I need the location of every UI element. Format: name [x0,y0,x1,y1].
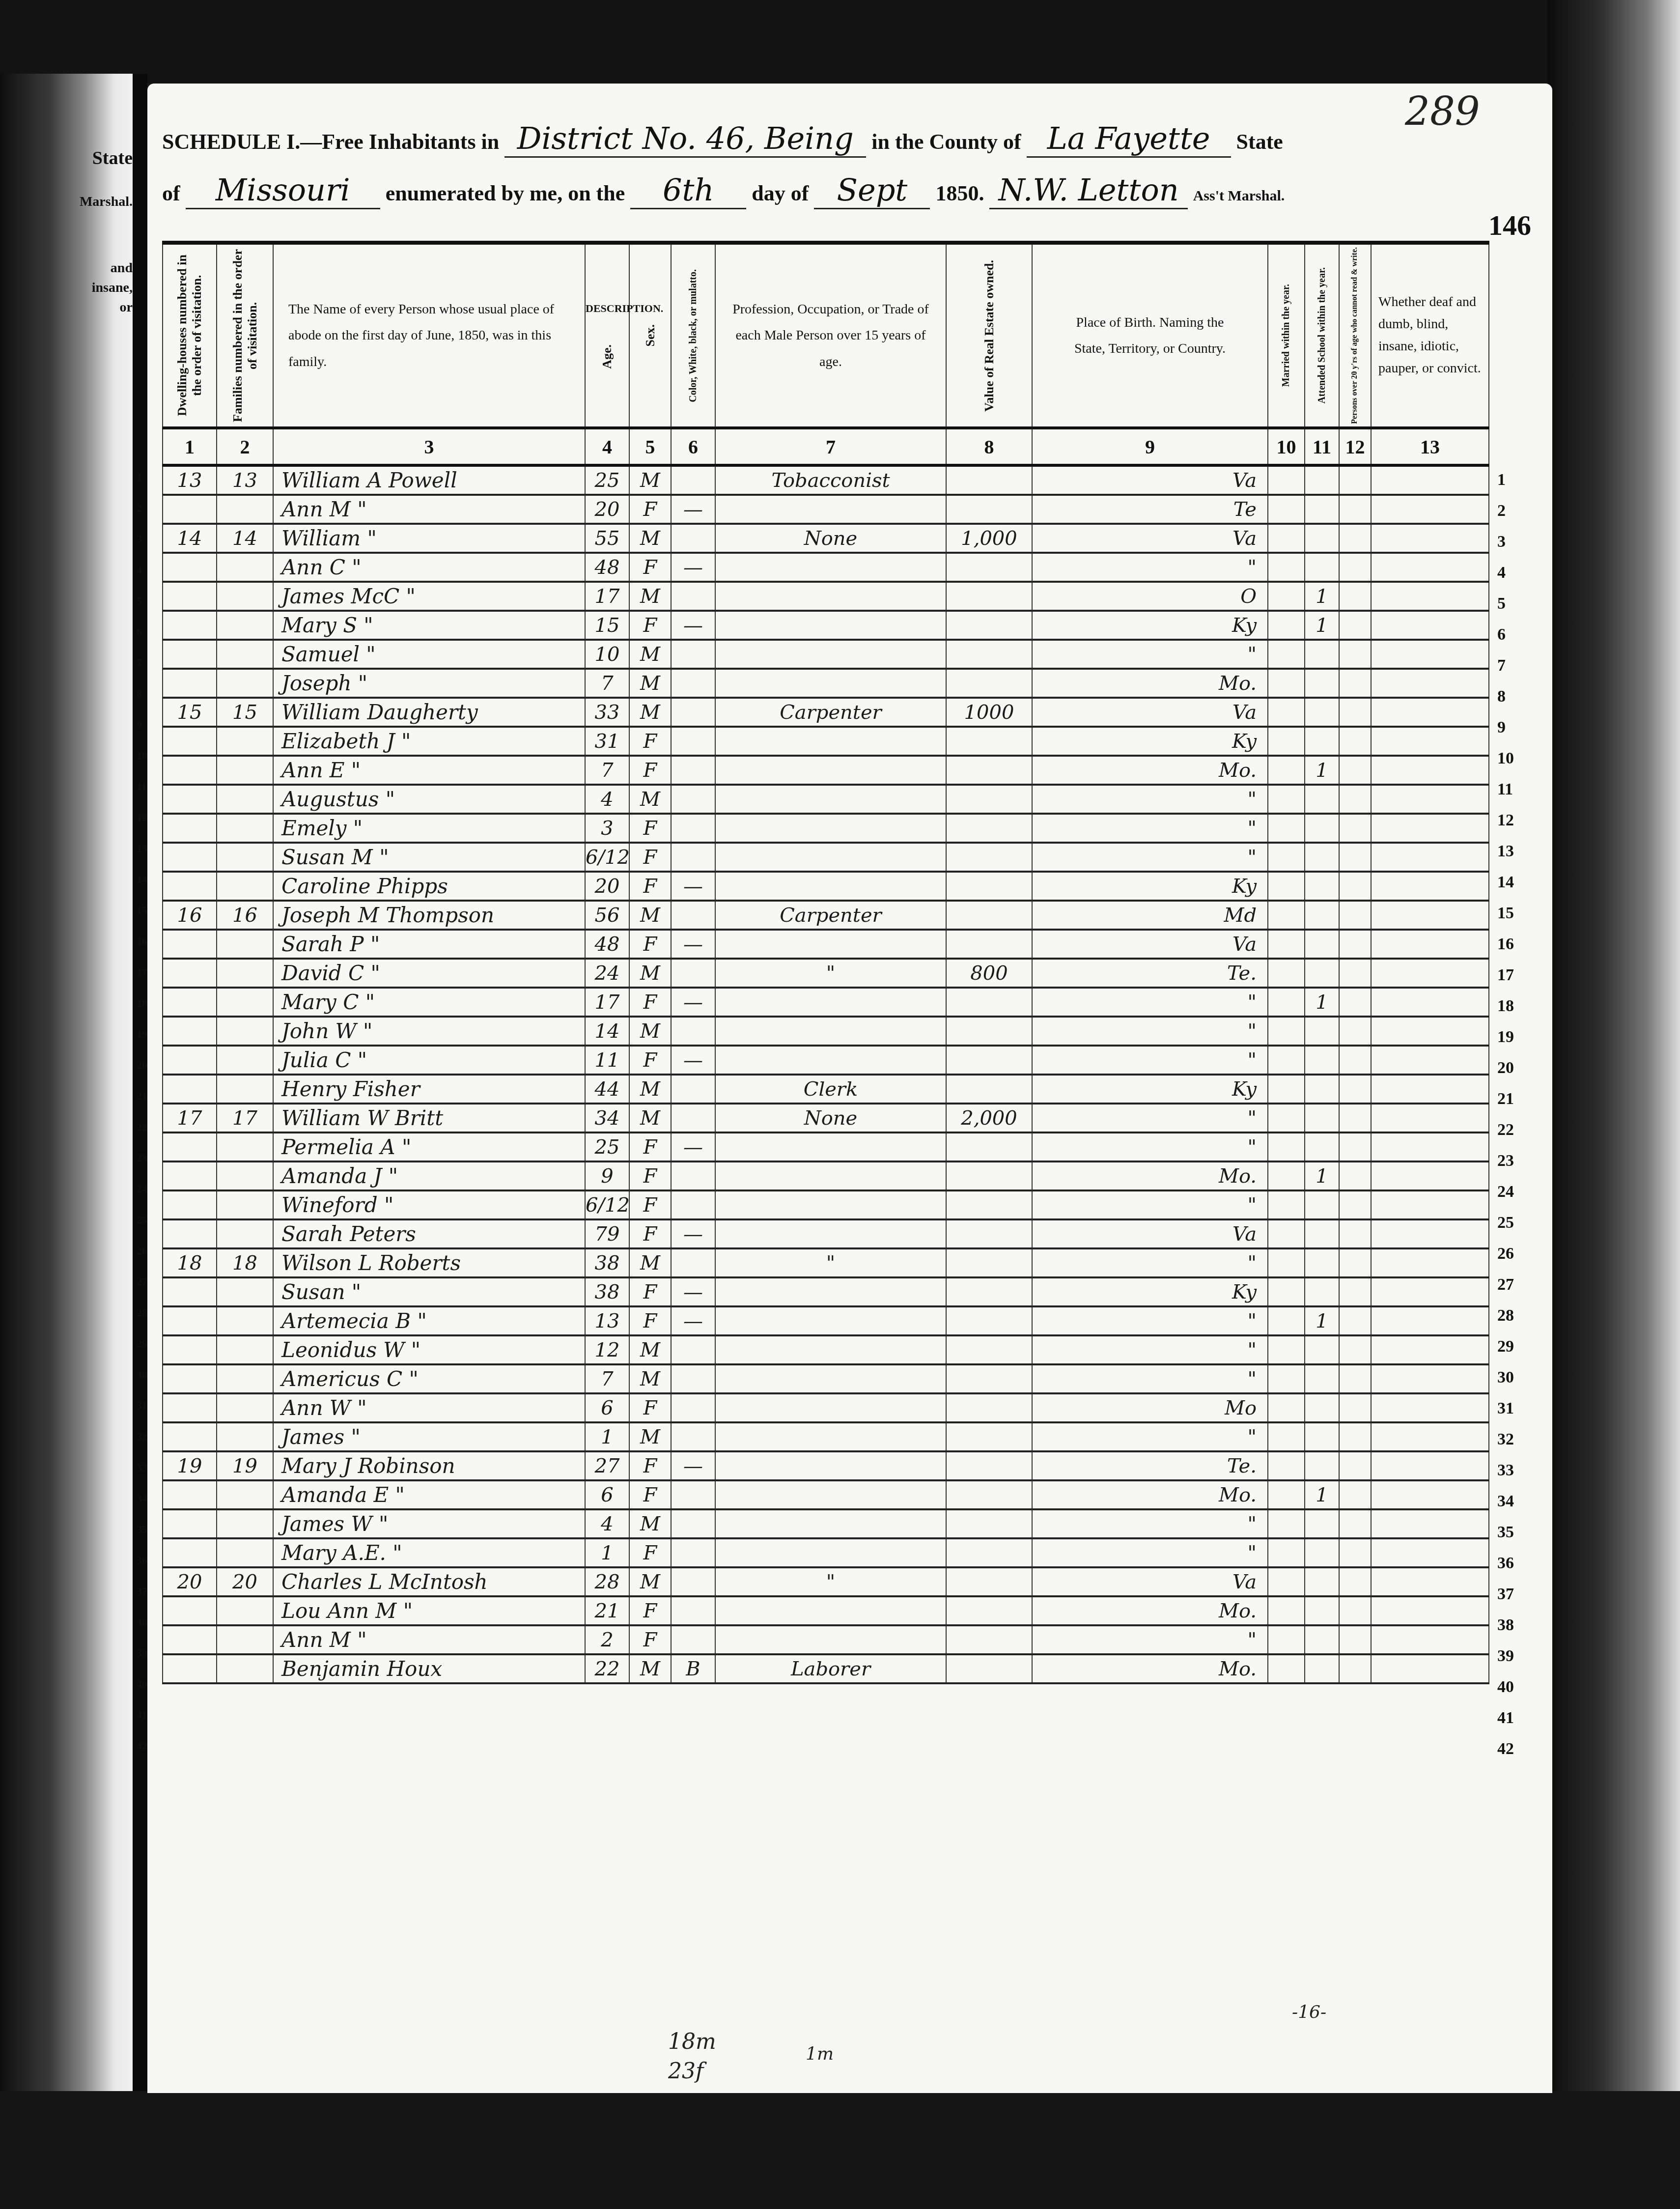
illiterate-cell [1339,1654,1371,1683]
family-cell [217,1364,273,1393]
real-estate-cell: 1,000 [946,524,1032,553]
condition-cell [1371,814,1489,843]
line-number-left: 34 [137,1492,147,1505]
color-cell [671,756,715,785]
occupation-cell: None [715,524,946,553]
illiterate-cell [1339,1538,1371,1567]
condition-cell [1371,495,1489,524]
school-cell [1305,1625,1339,1654]
family-cell [217,959,273,988]
occupation-cell [715,930,946,959]
birthplace-cell: Te. [1032,1451,1268,1480]
age-cell: 9 [585,1161,629,1190]
census-row: Julia C "11F—" [163,1046,1489,1075]
color-cell [671,959,715,988]
birthplace-cell: " [1032,1335,1268,1364]
sex-cell: M [629,785,671,814]
condition-cell [1371,1248,1489,1277]
name-cell: John W " [273,1017,585,1046]
sex-cell: M [629,1509,671,1538]
name-cell: Sarah Peters [273,1219,585,1248]
occupation-cell: Carpenter [715,698,946,727]
name-cell: David C " [273,959,585,988]
occupation-cell [715,756,946,785]
name-cell: Elizabeth J " [273,727,585,756]
color-cell [671,640,715,669]
name-cell: Caroline Phipps [273,872,585,901]
census-page: 289 SCHEDULE I.—Free Inhabitants in Dist… [147,84,1552,2093]
day-field: 6th [630,172,746,209]
col-num: 9 [1032,428,1268,465]
family-cell [217,1075,273,1104]
illiterate-cell [1339,988,1371,1017]
birthplace-cell: " [1032,1248,1268,1277]
birthplace-cell: " [1032,1625,1268,1654]
census-row: 1919Mary J Robinson27F—Te. [163,1451,1489,1480]
age-cell: 7 [585,756,629,785]
school-cell [1305,553,1339,582]
occupation-cell [715,582,946,611]
col-header-illiterate: Persons over 20 y'rs of age who cannot r… [1339,243,1371,428]
dwelling-cell [163,611,217,640]
tally-males: 18m [668,2029,716,2054]
census-row: James McC "17MO1 [163,582,1489,611]
school-cell [1305,1451,1339,1480]
family-cell [217,495,273,524]
dwelling-cell [163,756,217,785]
line-number-left: 2 [137,502,142,514]
age-cell: 22 [585,1654,629,1683]
line-number-left: 15 [137,904,147,917]
line-number-right: 28 [1497,1306,1514,1325]
dwelling-cell [163,1306,217,1335]
line-number-right: 33 [1497,1461,1514,1480]
name-cell: James McC " [273,582,585,611]
schedule-header-line-1: SCHEDULE I.—Free Inhabitants in District… [162,120,1283,158]
married-cell [1268,698,1305,727]
line-number-right: 30 [1497,1368,1514,1387]
family-cell: 13 [217,465,273,495]
birthplace-cell: O [1032,582,1268,611]
line-number-right: 40 [1497,1678,1514,1697]
line-number-left: 11 [137,780,147,793]
sex-cell: M [629,640,671,669]
occupation-cell [715,1364,946,1393]
name-cell: James W " [273,1509,585,1538]
sex-cell: F [629,1190,671,1219]
col-num: 13 [1371,428,1489,465]
name-cell: Henry Fisher [273,1075,585,1104]
school-cell [1305,1017,1339,1046]
sex-cell: M [629,1364,671,1393]
school-cell [1305,930,1339,959]
line-number-left: 8 [137,687,142,700]
illiterate-cell [1339,1133,1371,1161]
condition-cell [1371,1161,1489,1190]
sex-cell: M [629,669,671,698]
family-cell [217,814,273,843]
married-cell [1268,1248,1305,1277]
color-cell [671,524,715,553]
real-estate-cell [946,1277,1032,1306]
illiterate-cell [1339,495,1371,524]
census-table: Dwelling-houses numbered in the order of… [162,241,1489,1684]
condition-cell [1371,756,1489,785]
county-label: in the County of [871,130,1021,154]
line-number-left: 10 [137,749,147,762]
color-cell [671,1161,715,1190]
color-cell [671,582,715,611]
condition-cell [1371,1306,1489,1335]
birthplace-cell: " [1032,785,1268,814]
condition-cell [1371,1335,1489,1364]
state-field: Missouri [186,172,380,209]
census-row: Sarah P "48F—Va [163,930,1489,959]
illiterate-cell [1339,1364,1371,1393]
occupation-cell [715,1509,946,1538]
left-fragment-marshal: Marshal. [80,194,133,210]
condition-cell [1371,1393,1489,1422]
sex-cell: F [629,611,671,640]
illiterate-cell [1339,1567,1371,1596]
dwelling-cell: 16 [163,901,217,930]
birthplace-cell: " [1032,814,1268,843]
line-number-right: 32 [1497,1430,1514,1449]
real-estate-cell [946,1161,1032,1190]
name-cell: William A Powell [273,465,585,495]
name-cell: James " [273,1422,585,1451]
state-label: State [1236,130,1283,154]
condition-cell [1371,669,1489,698]
school-cell: 1 [1305,582,1339,611]
line-number-left: 31 [137,1399,147,1412]
condition-cell [1371,1104,1489,1133]
col-header-sex: Sex. [629,243,671,428]
color-cell [671,1393,715,1422]
age-cell: 12 [585,1335,629,1364]
school-cell [1305,785,1339,814]
family-cell [217,930,273,959]
dwelling-cell [163,872,217,901]
real-estate-cell [946,756,1032,785]
census-row: Mary C "17F—"1 [163,988,1489,1017]
occupation-cell [715,1017,946,1046]
real-estate-cell [946,1219,1032,1248]
line-number-left: 25 [137,1214,147,1226]
census-row: Amanda J "9FMo.1 [163,1161,1489,1190]
real-estate-cell: 800 [946,959,1032,988]
school-cell [1305,1422,1339,1451]
dwelling-cell [163,1625,217,1654]
family-cell [217,1306,273,1335]
occupation-cell [715,1422,946,1451]
sex-cell: F [629,1480,671,1509]
color-cell [671,1335,715,1364]
color-cell [671,843,715,872]
age-cell: 48 [585,553,629,582]
schedule-title: SCHEDULE I.—Free Inhabitants in [162,130,499,154]
birthplace-cell: Ky [1032,727,1268,756]
dwelling-cell [163,785,217,814]
sex-cell: F [629,1046,671,1075]
dwelling-cell [163,1075,217,1104]
school-cell [1305,1190,1339,1219]
dwelling-cell [163,1133,217,1161]
census-row: Caroline Phipps20F—Ky [163,872,1489,901]
condition-cell [1371,640,1489,669]
census-row: Benjamin Houx22MBLaborerMo. [163,1654,1489,1683]
school-cell [1305,1075,1339,1104]
illiterate-cell [1339,1480,1371,1509]
line-number-right: 6 [1497,625,1506,644]
birthplace-cell: " [1032,1017,1268,1046]
age-cell: 28 [585,1567,629,1596]
age-cell: 13 [585,1306,629,1335]
county-field: La Fayette [1027,120,1231,158]
family-cell: 19 [217,1451,273,1480]
birthplace-cell: Mo. [1032,756,1268,785]
school-cell: 1 [1305,1306,1339,1335]
census-row: 1414William "55MNone1,000Va [163,524,1489,553]
illiterate-cell [1339,1306,1371,1335]
school-cell [1305,1509,1339,1538]
name-cell: Ann M " [273,1625,585,1654]
dwelling-cell [163,1509,217,1538]
column-number-row: 1 2 3 4 5 6 7 8 9 10 11 12 13 [163,428,1489,465]
married-cell [1268,959,1305,988]
census-row: Permelia A "25F—" [163,1133,1489,1161]
line-number-left: 39 [137,1647,147,1660]
dwelling-cell [163,1480,217,1509]
illiterate-cell [1339,1393,1371,1422]
family-cell: 15 [217,698,273,727]
census-row: Joseph "7MMo. [163,669,1489,698]
left-fragment-state: State [92,147,133,169]
name-cell: Augustus " [273,785,585,814]
occupation-cell [715,1161,946,1190]
census-row: David C "24M"800Te. [163,959,1489,988]
real-estate-cell [946,1133,1032,1161]
name-cell: Susan " [273,1277,585,1306]
line-number-left: 23 [137,1152,147,1164]
color-cell: — [671,1046,715,1075]
family-cell [217,1509,273,1538]
color-cell: — [671,1277,715,1306]
age-cell: 6/12 [585,1190,629,1219]
family-cell [217,1046,273,1075]
birthplace-cell: " [1032,1306,1268,1335]
occupation-cell: None [715,1104,946,1133]
birthplace-cell: Va [1032,1567,1268,1596]
name-cell: Amanda J " [273,1161,585,1190]
school-cell: 1 [1305,1480,1339,1509]
line-number-right: 14 [1497,873,1514,892]
illiterate-cell [1339,1017,1371,1046]
col-num: 2 [217,428,273,465]
married-cell [1268,669,1305,698]
condition-cell [1371,1219,1489,1248]
married-cell [1268,1567,1305,1596]
line-number-right: 18 [1497,997,1514,1016]
color-cell [671,814,715,843]
color-cell [671,1538,715,1567]
real-estate-cell [946,872,1032,901]
real-estate-cell [946,1509,1032,1538]
line-number-left: 17 [137,966,147,979]
real-estate-cell [946,1306,1032,1335]
occupation-cell [715,1393,946,1422]
line-number-right: 15 [1497,904,1514,923]
illiterate-cell [1339,1277,1371,1306]
illiterate-cell [1339,698,1371,727]
age-cell: 15 [585,611,629,640]
color-cell: — [671,553,715,582]
census-row: 1616Joseph M Thompson56MCarpenterMd [163,901,1489,930]
tally-females: 23f [668,2059,703,2084]
dwelling-cell: 13 [163,465,217,495]
color-cell [671,1364,715,1393]
line-number-right: 9 [1497,718,1506,737]
illiterate-cell [1339,959,1371,988]
family-cell [217,872,273,901]
census-row: 1515William Daugherty33MCarpenter1000Va [163,698,1489,727]
dwelling-cell [163,959,217,988]
birthplace-cell: Mo. [1032,669,1268,698]
school-cell [1305,814,1339,843]
family-cell [217,1596,273,1625]
real-estate-cell [946,465,1032,495]
school-cell [1305,640,1339,669]
school-cell [1305,1596,1339,1625]
school-cell [1305,1654,1339,1683]
real-estate-cell [946,727,1032,756]
census-row: John W "14M" [163,1017,1489,1046]
illiterate-cell [1339,1046,1371,1075]
school-cell [1305,727,1339,756]
census-row: Americus C "7M" [163,1364,1489,1393]
sex-cell: F [629,988,671,1017]
census-rows: 1313William A Powell25MTobacconistVaAnn … [163,465,1489,1683]
line-number-left: 26 [137,1245,147,1257]
school-cell [1305,495,1339,524]
occupation-cell [715,727,946,756]
illiterate-cell [1339,1596,1371,1625]
sex-cell: M [629,465,671,495]
dwelling-cell [163,1219,217,1248]
age-cell: 20 [585,872,629,901]
line-number-right: 25 [1497,1214,1514,1232]
family-cell [217,988,273,1017]
married-cell [1268,1190,1305,1219]
dwelling-cell: 19 [163,1451,217,1480]
name-cell: William Daugherty [273,698,585,727]
age-cell: 7 [585,669,629,698]
line-number-right: 5 [1497,595,1506,613]
line-number-right: 13 [1497,842,1514,861]
line-number-left: 42 [137,1740,147,1753]
dwelling-cell [163,495,217,524]
illiterate-cell [1339,1509,1371,1538]
dwelling-cell [163,843,217,872]
illiterate-cell [1339,640,1371,669]
sex-cell: F [629,814,671,843]
birthplace-cell: Ky [1032,872,1268,901]
school-cell [1305,872,1339,901]
occupation-cell [715,1480,946,1509]
birthplace-cell: " [1032,1509,1268,1538]
family-cell [217,1133,273,1161]
census-row: Emely "3F" [163,814,1489,843]
condition-cell [1371,1190,1489,1219]
col-num: 8 [946,428,1032,465]
birthplace-cell: Va [1032,1219,1268,1248]
family-cell [217,1219,273,1248]
name-cell: Samuel " [273,640,585,669]
census-row: Augustus "4M" [163,785,1489,814]
name-cell: Julia C " [273,1046,585,1075]
school-cell [1305,698,1339,727]
name-cell: Sarah P " [273,930,585,959]
married-cell [1268,901,1305,930]
condition-cell [1371,785,1489,814]
sex-cell: F [629,1161,671,1190]
sex-cell: F [629,756,671,785]
color-cell [671,901,715,930]
scan-right-border [1547,0,1680,2209]
school-cell [1305,1335,1339,1364]
sex-cell: F [629,1393,671,1422]
occupation-cell: " [715,1248,946,1277]
birthplace-cell: " [1032,1046,1268,1075]
condition-cell [1371,727,1489,756]
birthplace-cell: Ky [1032,611,1268,640]
real-estate-cell [946,1451,1032,1480]
of-label: of [162,181,180,205]
column-header-row: Dwelling-houses numbered in the order of… [163,243,1489,428]
illiterate-cell [1339,669,1371,698]
real-estate-cell [946,640,1032,669]
col-header-real-estate: Value of Real Estate owned. [946,243,1032,428]
dwelling-cell: 14 [163,524,217,553]
color-cell [671,1248,715,1277]
census-row: Leonidus W "12M" [163,1335,1489,1364]
dwelling-cell: 17 [163,1104,217,1133]
birthplace-cell: Mo. [1032,1596,1268,1625]
school-cell [1305,959,1339,988]
real-estate-cell [946,669,1032,698]
color-cell: — [671,611,715,640]
line-number-left: 4 [137,564,142,576]
married-cell [1268,843,1305,872]
married-cell [1268,1538,1305,1567]
line-number-left: 19 [137,1028,147,1041]
col-header-dwelling: Dwelling-houses numbered in the order of… [163,243,217,428]
school-cell [1305,1538,1339,1567]
age-cell: 3 [585,814,629,843]
sex-cell: M [629,959,671,988]
school-cell: 1 [1305,1161,1339,1190]
occupation-cell [715,1625,946,1654]
family-cell [217,1335,273,1364]
family-cell [217,727,273,756]
school-cell [1305,1277,1339,1306]
age-cell: 34 [585,1104,629,1133]
dwelling-cell [163,814,217,843]
census-row: Ann E "7FMo.1 [163,756,1489,785]
col-num: 11 [1305,428,1339,465]
condition-cell [1371,553,1489,582]
married-cell [1268,1046,1305,1075]
